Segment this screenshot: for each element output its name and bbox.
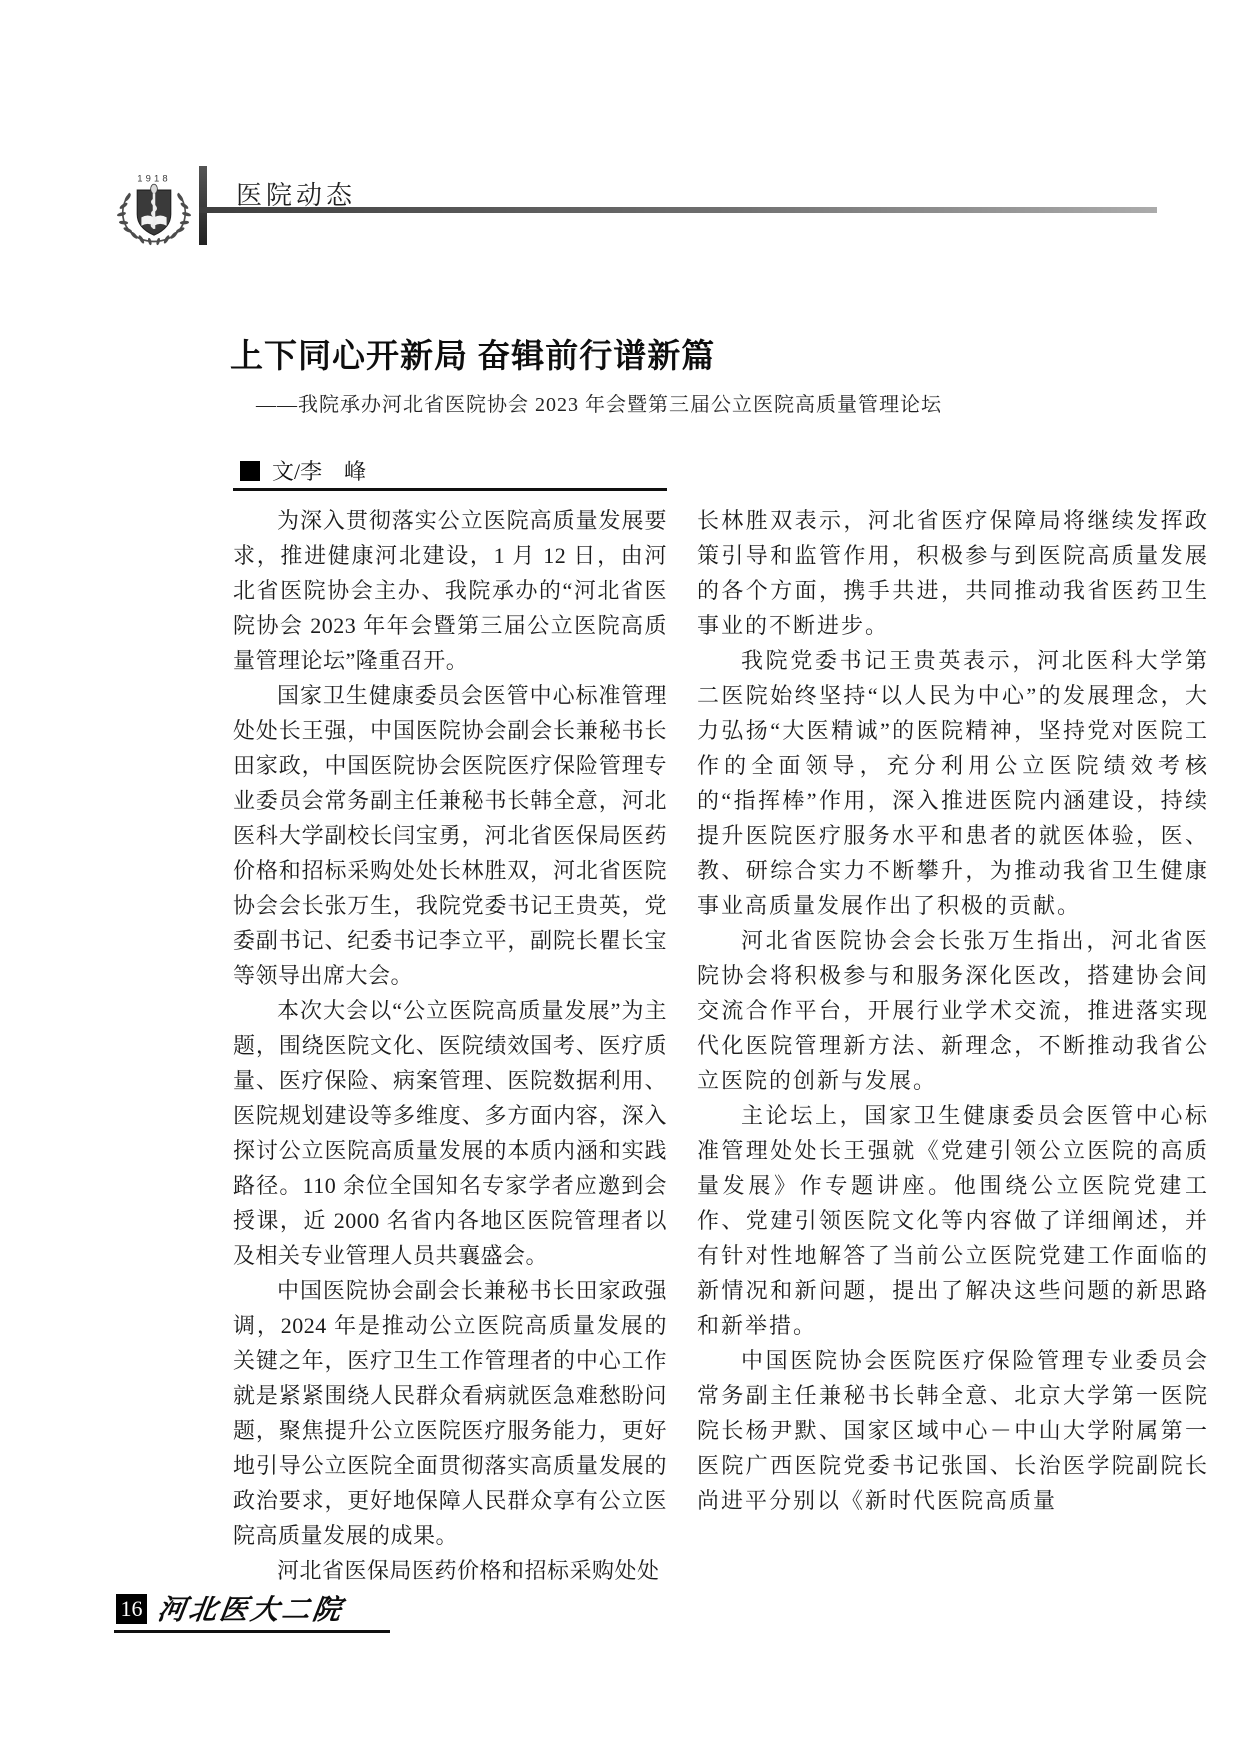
body-paragraph: 主论坛上，国家卫生健康委员会医管中心标准管理处处长王强就《党建引领公立医院的高质…	[697, 1098, 1209, 1343]
byline-text: 文/李 峰	[272, 459, 366, 484]
body-paragraph: 长林胜双表示，河北省医疗保障局将继续发挥政策引导和监管作用，积极参与到医院高质量…	[697, 503, 1209, 643]
body-paragraph: 河北省医院协会会长张万生指出，河北省医院协会将积极参与和服务深化医改，搭建协会间…	[697, 923, 1209, 1098]
footer-rule	[114, 1630, 390, 1633]
body-column-left: 为深入贯彻落实公立医院高质量发展要求，推进健康河北建设，1 月 12 日，由河北…	[233, 503, 667, 1588]
body-paragraph: 为深入贯彻落实公立医院高质量发展要求，推进健康河北建设，1 月 12 日，由河北…	[233, 503, 667, 678]
body-paragraph: 中国医院协会医院医疗保险管理专业委员会常务副主任兼秘书长韩全意、北京大学第一医院…	[697, 1343, 1209, 1518]
byline-rule	[233, 488, 667, 491]
body-paragraph: 河北省医保局医药价格和招标采购处处	[233, 1553, 667, 1588]
magazine-page: 1918	[0, 0, 1241, 1754]
page-number-badge: 16	[116, 1594, 147, 1624]
body-column-right: 长林胜双表示，河北省医疗保障局将继续发挥政策引导和监管作用，积极参与到医院高质量…	[697, 503, 1209, 1588]
byline: 文/李 峰	[240, 455, 366, 486]
article-subtitle: ——我院承办河北省医院协会 2023 年会暨第三届公立医院高质量管理论坛	[256, 388, 942, 417]
byline-square-bullet-icon	[240, 461, 260, 481]
hospital-emblem-logo-icon: 1918	[112, 168, 196, 252]
body-paragraph: 国家卫生健康委员会医管中心标准管理处处长王强，中国医院协会副会长兼秘书长田家政，…	[233, 678, 667, 993]
logo-year-text: 1918	[137, 174, 171, 185]
article-title: 上下同心开新局 奋辑前行谱新篇	[230, 330, 715, 377]
leaf-shape	[151, 184, 158, 194]
body-paragraph: 我院党委书记王贵英表示，河北医科大学第二医院始终坚持“以人民为中心”的发展理念，…	[697, 643, 1209, 923]
body-paragraph: 中国医院协会副会长兼秘书长田家政强调，2024 年是推动公立医院高质量发展的关键…	[233, 1273, 667, 1553]
header-gradient-rule	[199, 207, 1157, 213]
article-body: 为深入贯彻落实公立医院高质量发展要求，推进健康河北建设，1 月 12 日，由河北…	[233, 503, 1209, 1588]
body-paragraph: 本次大会以“公立医院高质量发展”为主题，围绕医院文化、医院绩效国考、医疗质量、医…	[233, 993, 667, 1273]
journal-name-calligraphy: 河北医大二院	[155, 1588, 347, 1628]
header-vertical-bar	[199, 166, 207, 245]
